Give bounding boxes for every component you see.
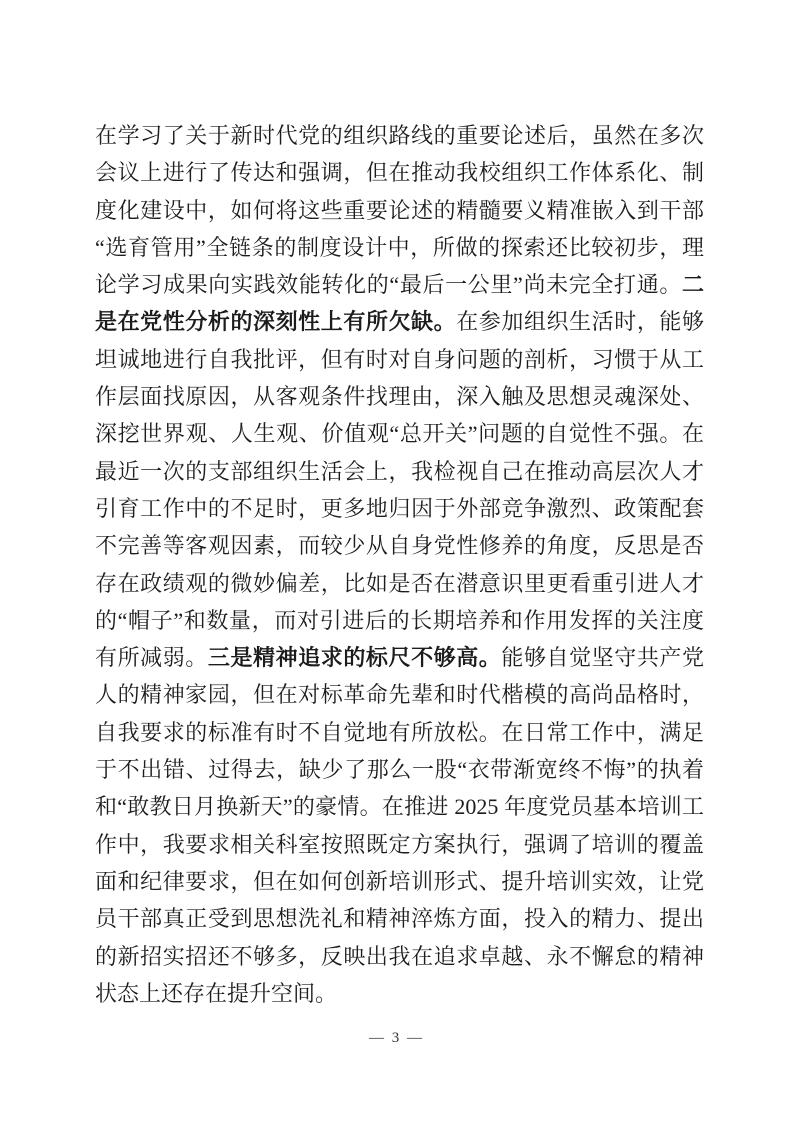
text-segment: 存在政绩观的微妙偏差，比如是否在潜意识里更看重引进人才 [95, 571, 704, 596]
text-line: 引育工作中的不足时，更多地归因于外部竞争激烈、政策配套 [95, 490, 704, 527]
text-line: 论学习成果向实践效能转化的“最后一公里”尚未完全打通。二 [95, 266, 704, 303]
text-line: 状态上还存在提升空间。 [95, 975, 704, 1012]
text-segment: 面和纪律要求，但在如何创新培训形式、提升培训实效，让党 [95, 869, 704, 894]
text-segment: 在学习了关于新时代党的组织路线的重要论述后，虽然在多次 [95, 123, 704, 148]
text-segment: 论学习成果向实践效能转化的“最后一公里”尚未完全打通。 [95, 272, 682, 297]
text-segment: “选育管用”全链条的制度设计中，所做的探索还比较初步，理 [95, 235, 704, 260]
text-segment: 会议上进行了传达和强调，但在推动我校组织工作体系化、制 [95, 160, 704, 185]
text-segment: 三是精神追求的标尺不够高。 [208, 645, 501, 670]
text-line: 于不出错、过得去，缺少了那么一股“衣带渐宽终不悔”的执着 [95, 751, 704, 788]
document-lines: 在学习了关于新时代党的组织路线的重要论述后，虽然在多次会议上进行了传达和强调，但… [95, 117, 704, 1012]
text-segment: 不完善等客观因素，而较少从自身党性修养的角度，反思是否 [95, 533, 704, 558]
text-line: 员干部真正受到思想洗礼和精神淬炼方面，投入的精力、提出 [95, 900, 704, 937]
text-segment: 引育工作中的不足时，更多地归因于外部竞争激烈、政策配套 [95, 496, 704, 521]
text-line: 的新招实招还不够多，反映出我在追求卓越、永不懈怠的精神 [95, 938, 704, 975]
text-line: 不完善等客观因素，而较少从自身党性修养的角度，反思是否 [95, 527, 704, 564]
text-segment: 最近一次的支部组织生活会上，我检视自己在推动高层次人才 [95, 459, 704, 484]
text-line: 自我要求的标准有时不自觉地有所放松。在日常工作中，满足 [95, 714, 704, 751]
text-line: 深挖世界观、人生观、价值观“总开关”问题的自觉性不强。在 [95, 415, 704, 452]
text-segment: 人的精神家园，但在对标革命先辈和时代楷模的高尚品格时， [95, 682, 704, 707]
text-line: 存在政绩观的微妙偏差，比如是否在潜意识里更看重引进人才 [95, 565, 704, 602]
text-segment: 于不出错、过得去，缺少了那么一股“衣带渐宽终不悔”的执着 [95, 757, 704, 782]
text-line: 的“帽子”和数量，而对引进后的长期培养和作用发挥的关注度 [95, 602, 704, 639]
text-line: “选育管用”全链条的制度设计中，所做的探索还比较初步，理 [95, 229, 704, 266]
text-line: 作中，我要求相关科室按照既定方案执行，强调了培训的覆盖 [95, 826, 704, 863]
text-segment: 的“帽子”和数量，而对引进后的长期培养和作用发挥的关注度 [95, 608, 704, 633]
text-line: 度化建设中，如何将这些重要论述的精髓要义精准嵌入到干部 [95, 192, 704, 229]
text-segment: 和“敢教日月换新天”的豪情。在推进 2025 年度党员基本培训工 [95, 794, 704, 819]
document-page: 在学习了关于新时代党的组织路线的重要论述后，虽然在多次会议上进行了传达和强调，但… [0, 0, 793, 1122]
text-segment: 是在党性分析的深刻性上有所欠缺。 [95, 309, 456, 334]
text-line: 人的精神家园，但在对标革命先辈和时代楷模的高尚品格时， [95, 676, 704, 713]
text-segment: 状态上还存在提升空间。 [95, 981, 337, 1006]
text-segment: 作中，我要求相关科室按照既定方案执行，强调了培训的覆盖 [95, 832, 704, 857]
text-segment: 能够自觉坚守共产党 [501, 645, 704, 670]
text-segment: 作层面找原因，从客观条件找理由，深入触及思想灵魂深处、 [95, 384, 704, 409]
text-segment: 员干部真正受到思想洗礼和精神淬炼方面，投入的精力、提出 [95, 906, 704, 931]
text-line: 坦诚地进行自我批评，但有时对自身问题的剖析，习惯于从工 [95, 341, 704, 378]
text-line: 最近一次的支部组织生活会上，我检视自己在推动高层次人才 [95, 453, 704, 490]
text-line: 在学习了关于新时代党的组织路线的重要论述后，虽然在多次 [95, 117, 704, 154]
text-segment: 的新招实招还不够多，反映出我在追求卓越、永不懈怠的精神 [95, 944, 704, 969]
text-line: 和“敢教日月换新天”的豪情。在推进 2025 年度党员基本培训工 [95, 788, 704, 825]
text-line: 作层面找原因，从客观条件找理由，深入触及思想灵魂深处、 [95, 378, 704, 415]
text-segment: 坦诚地进行自我批评，但有时对自身问题的剖析，习惯于从工 [95, 347, 704, 372]
text-line: 是在党性分析的深刻性上有所欠缺。在参加组织生活时，能够 [95, 303, 704, 340]
text-segment: 深挖世界观、人生观、价值观“总开关”问题的自觉性不强。在 [95, 421, 704, 446]
text-line: 会议上进行了传达和强调，但在推动我校组织工作体系化、制 [95, 154, 704, 191]
text-segment: 有所减弱。 [95, 645, 208, 670]
text-segment: 自我要求的标准有时不自觉地有所放松。在日常工作中，满足 [95, 720, 704, 745]
text-segment: 度化建设中，如何将这些重要论述的精髓要义精准嵌入到干部 [95, 198, 704, 223]
page-number: — 3 — [0, 1030, 793, 1047]
text-line: 面和纪律要求，但在如何创新培训形式、提升培训实效，让党 [95, 863, 704, 900]
text-segment: 二 [682, 272, 704, 297]
text-segment: 在参加组织生活时，能够 [456, 309, 704, 334]
text-line: 有所减弱。三是精神追求的标尺不够高。能够自觉坚守共产党 [95, 639, 704, 676]
